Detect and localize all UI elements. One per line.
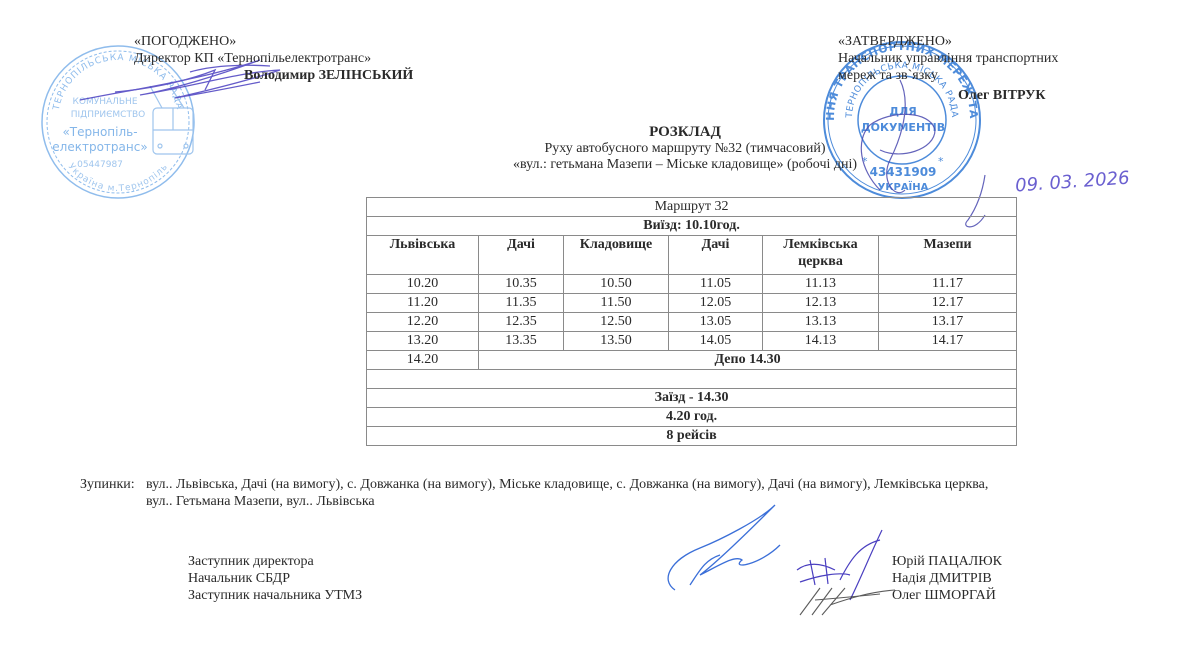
- table-row: 12.2012.3512.5013.0513.1313.17: [367, 313, 1017, 332]
- trips-row: 8 рейсів: [367, 427, 1017, 446]
- approved-heading: «ЗАТВЕРДЖЕНО»: [838, 33, 1058, 50]
- stops-line2: вул.. Гетьмана Мазепи, вул.. Львівська: [80, 493, 1180, 510]
- handwritten-date: 09. 03. 2026: [1015, 168, 1131, 197]
- approved-block: «ЗАТВЕРДЖЕНО» Начальник управління транс…: [838, 33, 1058, 104]
- time-cell: 12.17: [879, 294, 1017, 313]
- title-main: РОЗКЛАД: [380, 124, 990, 141]
- signatory-name: Надія ДМИТРІВ: [892, 570, 1002, 587]
- signatory-position: Заступник директора: [188, 553, 362, 570]
- time-cell: 11.35: [479, 294, 564, 313]
- time-cell: 11.13: [763, 275, 879, 294]
- duration-row: 4.20 год.: [367, 408, 1017, 427]
- time-cell: 13.05: [669, 313, 763, 332]
- svg-text:ДЛЯ: ДЛЯ: [889, 105, 916, 118]
- signatory-position: Заступник начальника УТМЗ: [188, 587, 362, 604]
- duration-row-cell: 4.20 год.: [367, 408, 1017, 427]
- svg-text:УКРАЇНА: УКРАЇНА: [878, 179, 929, 193]
- approved-position-line2: мереж та зв`язку: [838, 67, 1058, 84]
- signatory-names: Юрій ПАЦАЛЮК Надія ДМИТРІВ Олег ШМОРГАЙ: [892, 553, 1002, 604]
- column-header: Дачі: [669, 236, 763, 275]
- svg-text:05447987: 05447987: [77, 160, 123, 170]
- approved-position-line1: Начальник управління транспортних: [838, 50, 1058, 67]
- agreed-block: «ПОГОДЖЕНО» Директор КП «Тернопільелектр…: [134, 33, 413, 84]
- time-cell: 13.50: [564, 332, 669, 351]
- depot-cell: Депо 14.30: [479, 351, 1017, 370]
- stops-line1: вул.. Львівська, Дачі (на вимогу), с. До…: [146, 477, 988, 492]
- time-cell: 12.05: [669, 294, 763, 313]
- time-cell: 13.35: [479, 332, 564, 351]
- time-cell: 11.50: [564, 294, 669, 313]
- time-cell: 12.13: [763, 294, 879, 313]
- approved-name: Олег ВІТРУК: [838, 87, 1058, 104]
- return-row: Заїзд - 14.30: [367, 389, 1017, 408]
- document-title: РОЗКЛАД Руху автобусного маршруту №32 (т…: [380, 124, 990, 173]
- time-cell: 10.35: [479, 275, 564, 294]
- table-row: 10.2010.3510.5011.0511.1311.17: [367, 275, 1017, 294]
- time-cell: 13.17: [879, 313, 1017, 332]
- table-row-last: 14.20Депо 14.30: [367, 351, 1017, 370]
- column-header: Мазепи: [879, 236, 1017, 275]
- time-cell: 13.13: [763, 313, 879, 332]
- svg-text:«Тернопіль-: «Тернопіль-: [62, 125, 137, 139]
- time-cell: 11.05: [669, 275, 763, 294]
- stops-label: Зупинки:: [80, 476, 146, 493]
- trips-row-cell: 8 рейсів: [367, 427, 1017, 446]
- signatory-positions: Заступник директора Начальник СБДР Засту…: [188, 553, 362, 604]
- bottom-signature-2: [797, 530, 882, 600]
- svg-text:електротранс»: електротранс»: [52, 140, 147, 154]
- svg-text:КОМУНАЛЬНЕ: КОМУНАЛЬНЕ: [72, 97, 137, 107]
- agreed-name: Володимир ЗЕЛІНСЬКИЙ: [134, 67, 413, 84]
- time-cell: 10.50: [564, 275, 669, 294]
- return-row-cell: Заїзд - 14.30: [367, 389, 1017, 408]
- time-cell: 12.20: [367, 313, 479, 332]
- column-header: Львівська: [367, 236, 479, 275]
- time-cell: 11.17: [879, 275, 1017, 294]
- column-header: Лемківська церква: [763, 236, 879, 275]
- bottom-signature-3: [800, 588, 895, 615]
- column-header: Дачі: [479, 236, 564, 275]
- agreed-position: Директор КП «Тернопільелектротранс»: [134, 50, 413, 67]
- stops-block: Зупинки:вул.. Львівська, Дачі (на вимогу…: [80, 476, 1180, 510]
- schedule-table: Маршрут 32 Виїзд: 10.10год. ЛьвівськаДач…: [366, 197, 1017, 446]
- table-row: 13.2013.3513.5014.0514.1314.17: [367, 332, 1017, 351]
- time-cell: 10.20: [367, 275, 479, 294]
- table-row: 11.2011.3511.5012.0512.1312.17: [367, 294, 1017, 313]
- title-route: «вул.: гетьмана Мазепи – Міське кладовищ…: [380, 157, 990, 173]
- departure-label: Виїзд: 10.10год.: [367, 217, 1017, 236]
- title-subtitle: Руху автобусного маршруту №32 (тимчасови…: [380, 141, 990, 157]
- table-header-row: ЛьвівськаДачіКладовищеДачіЛемківська цер…: [367, 236, 1017, 275]
- bottom-signature-1: [668, 505, 780, 590]
- time-cell: 14.05: [669, 332, 763, 351]
- svg-text:ПІДПРИЄМСТВО: ПІДПРИЄМСТВО: [71, 110, 145, 120]
- svg-text:Україна м.Тернопіль: Україна м.Тернопіль: [66, 162, 171, 194]
- signatory-name: Юрій ПАЦАЛЮК: [892, 553, 1002, 570]
- time-cell: 13.20: [367, 332, 479, 351]
- time-cell: 14.13: [763, 332, 879, 351]
- time-cell: 14.20: [367, 351, 479, 370]
- empty-row-cell: [367, 370, 1017, 389]
- trolleybus-icon: [150, 86, 193, 154]
- time-cell: 12.50: [564, 313, 669, 332]
- route-label: Маршрут 32: [367, 198, 1017, 217]
- column-header: Кладовище: [564, 236, 669, 275]
- time-cell: 12.35: [479, 313, 564, 332]
- empty-row: [367, 370, 1017, 389]
- agreed-heading: «ПОГОДЖЕНО»: [134, 33, 413, 50]
- time-cell: 11.20: [367, 294, 479, 313]
- signatory-name: Олег ШМОРГАЙ: [892, 587, 1002, 604]
- signatory-position: Начальник СБДР: [188, 570, 362, 587]
- time-cell: 14.17: [879, 332, 1017, 351]
